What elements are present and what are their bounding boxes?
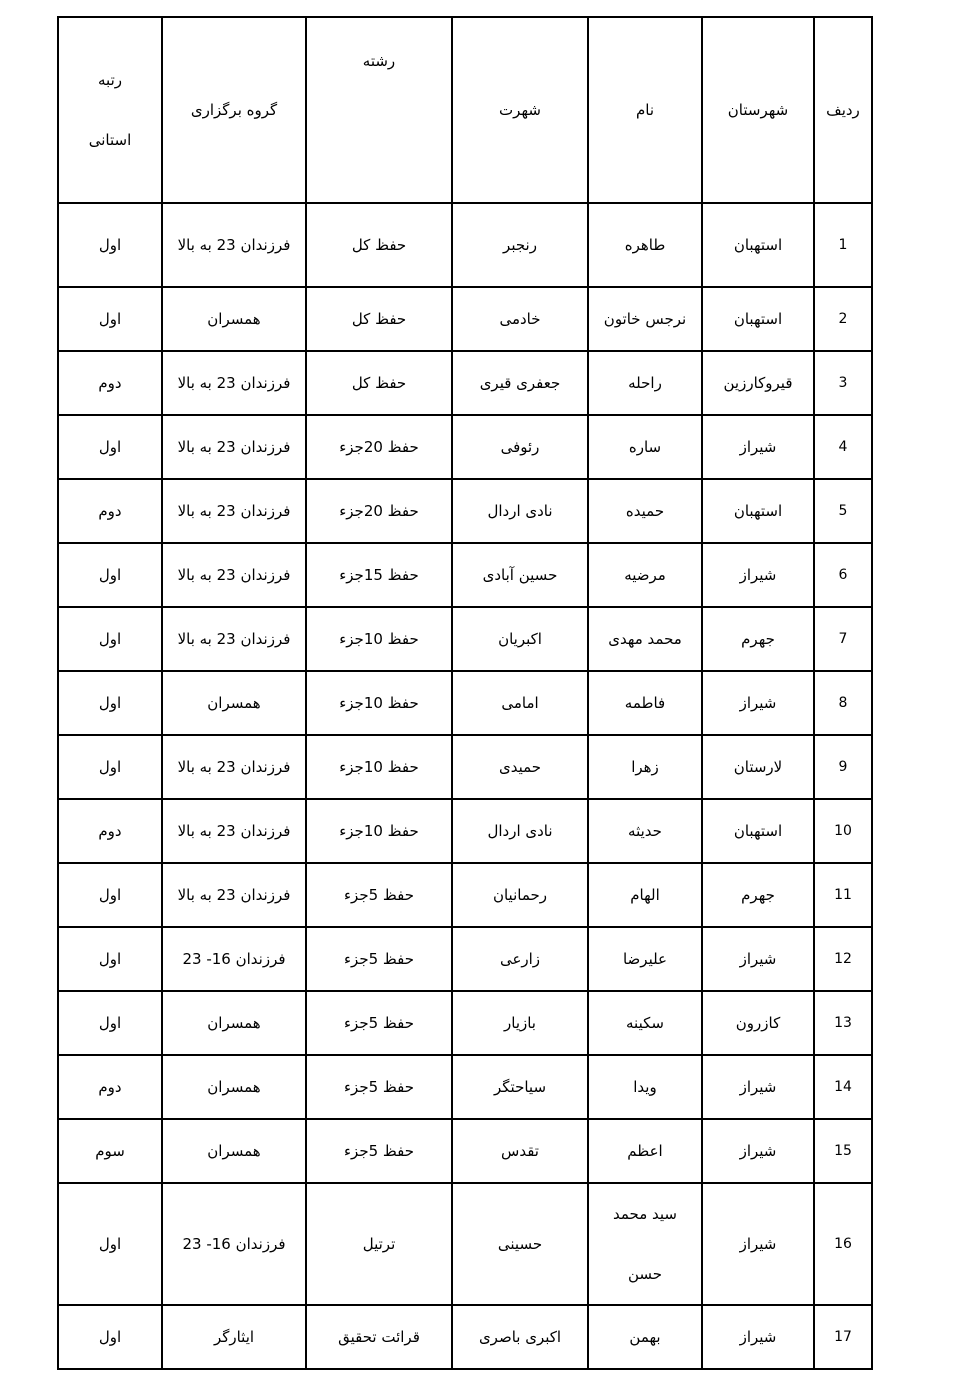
header-rank: رتبه استانی <box>58 17 162 203</box>
cell-index: 14 <box>814 1055 872 1119</box>
cell-group: فرزندان 23 به بالا <box>162 415 306 479</box>
cell-first-name: سید محمد حسن <box>588 1183 702 1305</box>
cell-first-name: اعظم <box>588 1119 702 1183</box>
cell-last-name: رئوفی <box>452 415 588 479</box>
cell-rank: اول <box>58 671 162 735</box>
cell-county: شیراز <box>702 1305 814 1369</box>
cell-group: فرزندان 16- 23 <box>162 927 306 991</box>
cell-last-name: جعفری قیری <box>452 351 588 415</box>
cell-last-name: امامی <box>452 671 588 735</box>
table-row: 7 جهرم محمد مهدی اکبریان حفظ 10جزء فرزند… <box>58 607 872 671</box>
cell-rank: دوم <box>58 799 162 863</box>
cell-group: فرزندان 23 به بالا <box>162 543 306 607</box>
cell-county: استهبان <box>702 479 814 543</box>
table-row: 10 استهبان حدیثه نادی اردال حفظ 10جزء فر… <box>58 799 872 863</box>
cell-first-name-line2: حسن <box>593 1244 697 1304</box>
table-row: 2 استهبان نرجس خاتون خادمی حفظ کل همسران… <box>58 287 872 351</box>
cell-county: شیراز <box>702 927 814 991</box>
cell-rank: سوم <box>58 1119 162 1183</box>
cell-county: شیراز <box>702 1055 814 1119</box>
cell-rank: اول <box>58 927 162 991</box>
header-rank-line1: رتبه <box>63 50 157 110</box>
results-table: ردیف شهرستان نام شهرت رشته گروه برگزاری … <box>57 16 873 1370</box>
table-row: 11 جهرم الهام رحمانیان حفظ 5جزء فرزندان … <box>58 863 872 927</box>
cell-field: حفظ 10جزء <box>306 671 452 735</box>
cell-rank: اول <box>58 607 162 671</box>
cell-field: حفظ 5جزء <box>306 1055 452 1119</box>
cell-last-name: حسین آبادی <box>452 543 588 607</box>
cell-last-name: نادی اردال <box>452 799 588 863</box>
cell-first-name: ویدا <box>588 1055 702 1119</box>
cell-rank: اول <box>58 735 162 799</box>
cell-index: 2 <box>814 287 872 351</box>
cell-last-name: اکبریان <box>452 607 588 671</box>
cell-group: همسران <box>162 1119 306 1183</box>
cell-first-name: محمد مهدی <box>588 607 702 671</box>
cell-rank: اول <box>58 287 162 351</box>
cell-group: فرزندان 23 به بالا <box>162 479 306 543</box>
cell-county: جهرم <box>702 863 814 927</box>
cell-index: 7 <box>814 607 872 671</box>
cell-field: حفظ کل <box>306 203 452 287</box>
cell-first-name: حمیده <box>588 479 702 543</box>
table-row: 4 شیراز ساره رئوفی حفظ 20جزء فرزندان 23 … <box>58 415 872 479</box>
cell-index: 3 <box>814 351 872 415</box>
cell-last-name: سیاحتگر <box>452 1055 588 1119</box>
cell-index: 1 <box>814 203 872 287</box>
cell-county: شیراز <box>702 671 814 735</box>
table-row: 8 شیراز فاطمه امامی حفظ 10جزء همسران اول <box>58 671 872 735</box>
cell-first-name: علیرضا <box>588 927 702 991</box>
cell-county: قیروکارزین <box>702 351 814 415</box>
cell-index: 13 <box>814 991 872 1055</box>
cell-first-name: فاطمه <box>588 671 702 735</box>
cell-county: شیراز <box>702 1183 814 1305</box>
header-group: گروه برگزاری <box>162 17 306 203</box>
cell-field: حفظ 5جزء <box>306 927 452 991</box>
cell-county: کازرون <box>702 991 814 1055</box>
cell-field: ترتیل <box>306 1183 452 1305</box>
cell-group: ایثارگر <box>162 1305 306 1369</box>
cell-rank: دوم <box>58 479 162 543</box>
cell-rank: اول <box>58 415 162 479</box>
cell-field: حفظ 10جزء <box>306 799 452 863</box>
cell-index: 6 <box>814 543 872 607</box>
cell-first-name: ساره <box>588 415 702 479</box>
cell-group: فرزندان 23 به بالا <box>162 863 306 927</box>
cell-county: استهبان <box>702 287 814 351</box>
table-row: 12 شیراز علیرضا زارعی حفظ 5جزء فرزندان 1… <box>58 927 872 991</box>
cell-first-name: مرضیه <box>588 543 702 607</box>
cell-index: 9 <box>814 735 872 799</box>
header-field: رشته <box>306 17 452 203</box>
cell-index: 12 <box>814 927 872 991</box>
cell-last-name: نادی اردال <box>452 479 588 543</box>
cell-field: حفظ 10جزء <box>306 735 452 799</box>
cell-index: 11 <box>814 863 872 927</box>
cell-index: 8 <box>814 671 872 735</box>
cell-last-name: تقدس <box>452 1119 588 1183</box>
cell-first-name: سکینه <box>588 991 702 1055</box>
header-row: ردیف شهرستان نام شهرت رشته گروه برگزاری … <box>58 17 872 203</box>
cell-group: فرزندان 16- 23 <box>162 1183 306 1305</box>
cell-field: حفظ 15جزء <box>306 543 452 607</box>
header-rank-line2: استانی <box>63 110 157 170</box>
cell-county: شیراز <box>702 543 814 607</box>
cell-last-name: خادمی <box>452 287 588 351</box>
cell-county: استهبان <box>702 799 814 863</box>
cell-index: 16 <box>814 1183 872 1305</box>
cell-field: حفظ 5جزء <box>306 991 452 1055</box>
cell-last-name: زارعی <box>452 927 588 991</box>
cell-rank: دوم <box>58 351 162 415</box>
cell-first-name: نرجس خاتون <box>588 287 702 351</box>
table-row: 17 شیراز بهمن اکبری باصری قرائت تحقیق ای… <box>58 1305 872 1369</box>
cell-first-name: راحله <box>588 351 702 415</box>
cell-first-name-line1: سید محمد <box>593 1184 697 1244</box>
header-index: ردیف <box>814 17 872 203</box>
cell-group: همسران <box>162 287 306 351</box>
table-row: 15 شیراز اعظم تقدس حفظ 5جزء همسران سوم <box>58 1119 872 1183</box>
cell-field: حفظ 5جزء <box>306 1119 452 1183</box>
cell-group: فرزندان 23 به بالا <box>162 607 306 671</box>
table-row: 6 شیراز مرضیه حسین آبادی حفظ 15جزء فرزند… <box>58 543 872 607</box>
cell-index: 15 <box>814 1119 872 1183</box>
cell-field: حفظ 20جزء <box>306 479 452 543</box>
cell-rank: اول <box>58 203 162 287</box>
table-row: 1 استهبان طاهره رنجبر حفظ کل فرزندان 23 … <box>58 203 872 287</box>
table-row: 13 کازرون سکینه بازیار حفظ 5جزء همسران ا… <box>58 991 872 1055</box>
cell-index: 10 <box>814 799 872 863</box>
cell-county: جهرم <box>702 607 814 671</box>
cell-field: حفظ 20جزء <box>306 415 452 479</box>
cell-field: قرائت تحقیق <box>306 1305 452 1369</box>
results-table-container: ردیف شهرستان نام شهرت رشته گروه برگزاری … <box>57 16 873 1370</box>
table-row: 16 شیراز سید محمد حسن حسینی ترتیل فرزندا… <box>58 1183 872 1305</box>
cell-last-name: بازیار <box>452 991 588 1055</box>
cell-rank: اول <box>58 543 162 607</box>
cell-last-name: رنجبر <box>452 203 588 287</box>
cell-rank: اول <box>58 1305 162 1369</box>
table-row: 3 قیروکارزین راحله جعفری قیری حفظ کل فرز… <box>58 351 872 415</box>
cell-group: فرزندان 23 به بالا <box>162 735 306 799</box>
cell-county: شیراز <box>702 415 814 479</box>
cell-last-name: حمیدی <box>452 735 588 799</box>
header-last-name: شهرت <box>452 17 588 203</box>
cell-rank: دوم <box>58 1055 162 1119</box>
cell-index: 17 <box>814 1305 872 1369</box>
table-row: 9 لارستان زهرا حمیدی حفظ 10جزء فرزندان 2… <box>58 735 872 799</box>
cell-group: همسران <box>162 1055 306 1119</box>
cell-field: حفظ 5جزء <box>306 863 452 927</box>
cell-index: 4 <box>814 415 872 479</box>
cell-first-name: حدیثه <box>588 799 702 863</box>
cell-first-name: الهام <box>588 863 702 927</box>
cell-group: فرزندان 23 به بالا <box>162 799 306 863</box>
header-first-name: نام <box>588 17 702 203</box>
cell-group: همسران <box>162 991 306 1055</box>
cell-county: لارستان <box>702 735 814 799</box>
cell-first-name: بهمن <box>588 1305 702 1369</box>
cell-group: فرزندان 23 به بالا <box>162 203 306 287</box>
cell-rank: اول <box>58 1183 162 1305</box>
cell-first-name: زهرا <box>588 735 702 799</box>
cell-field: حفظ کل <box>306 351 452 415</box>
cell-last-name: اکبری باصری <box>452 1305 588 1369</box>
table-row: 5 استهبان حمیده نادی اردال حفظ 20جزء فرز… <box>58 479 872 543</box>
cell-group: فرزندان 23 به بالا <box>162 351 306 415</box>
cell-field: حفظ کل <box>306 287 452 351</box>
cell-first-name: طاهره <box>588 203 702 287</box>
cell-last-name: حسینی <box>452 1183 588 1305</box>
cell-field: حفظ 10جزء <box>306 607 452 671</box>
cell-group: همسران <box>162 671 306 735</box>
cell-last-name: رحمانیان <box>452 863 588 927</box>
cell-rank: اول <box>58 991 162 1055</box>
cell-county: شیراز <box>702 1119 814 1183</box>
table-row: 14 شیراز ویدا سیاحتگر حفظ 5جزء همسران دو… <box>58 1055 872 1119</box>
header-county: شهرستان <box>702 17 814 203</box>
cell-county: استهبان <box>702 203 814 287</box>
cell-rank: اول <box>58 863 162 927</box>
cell-index: 5 <box>814 479 872 543</box>
